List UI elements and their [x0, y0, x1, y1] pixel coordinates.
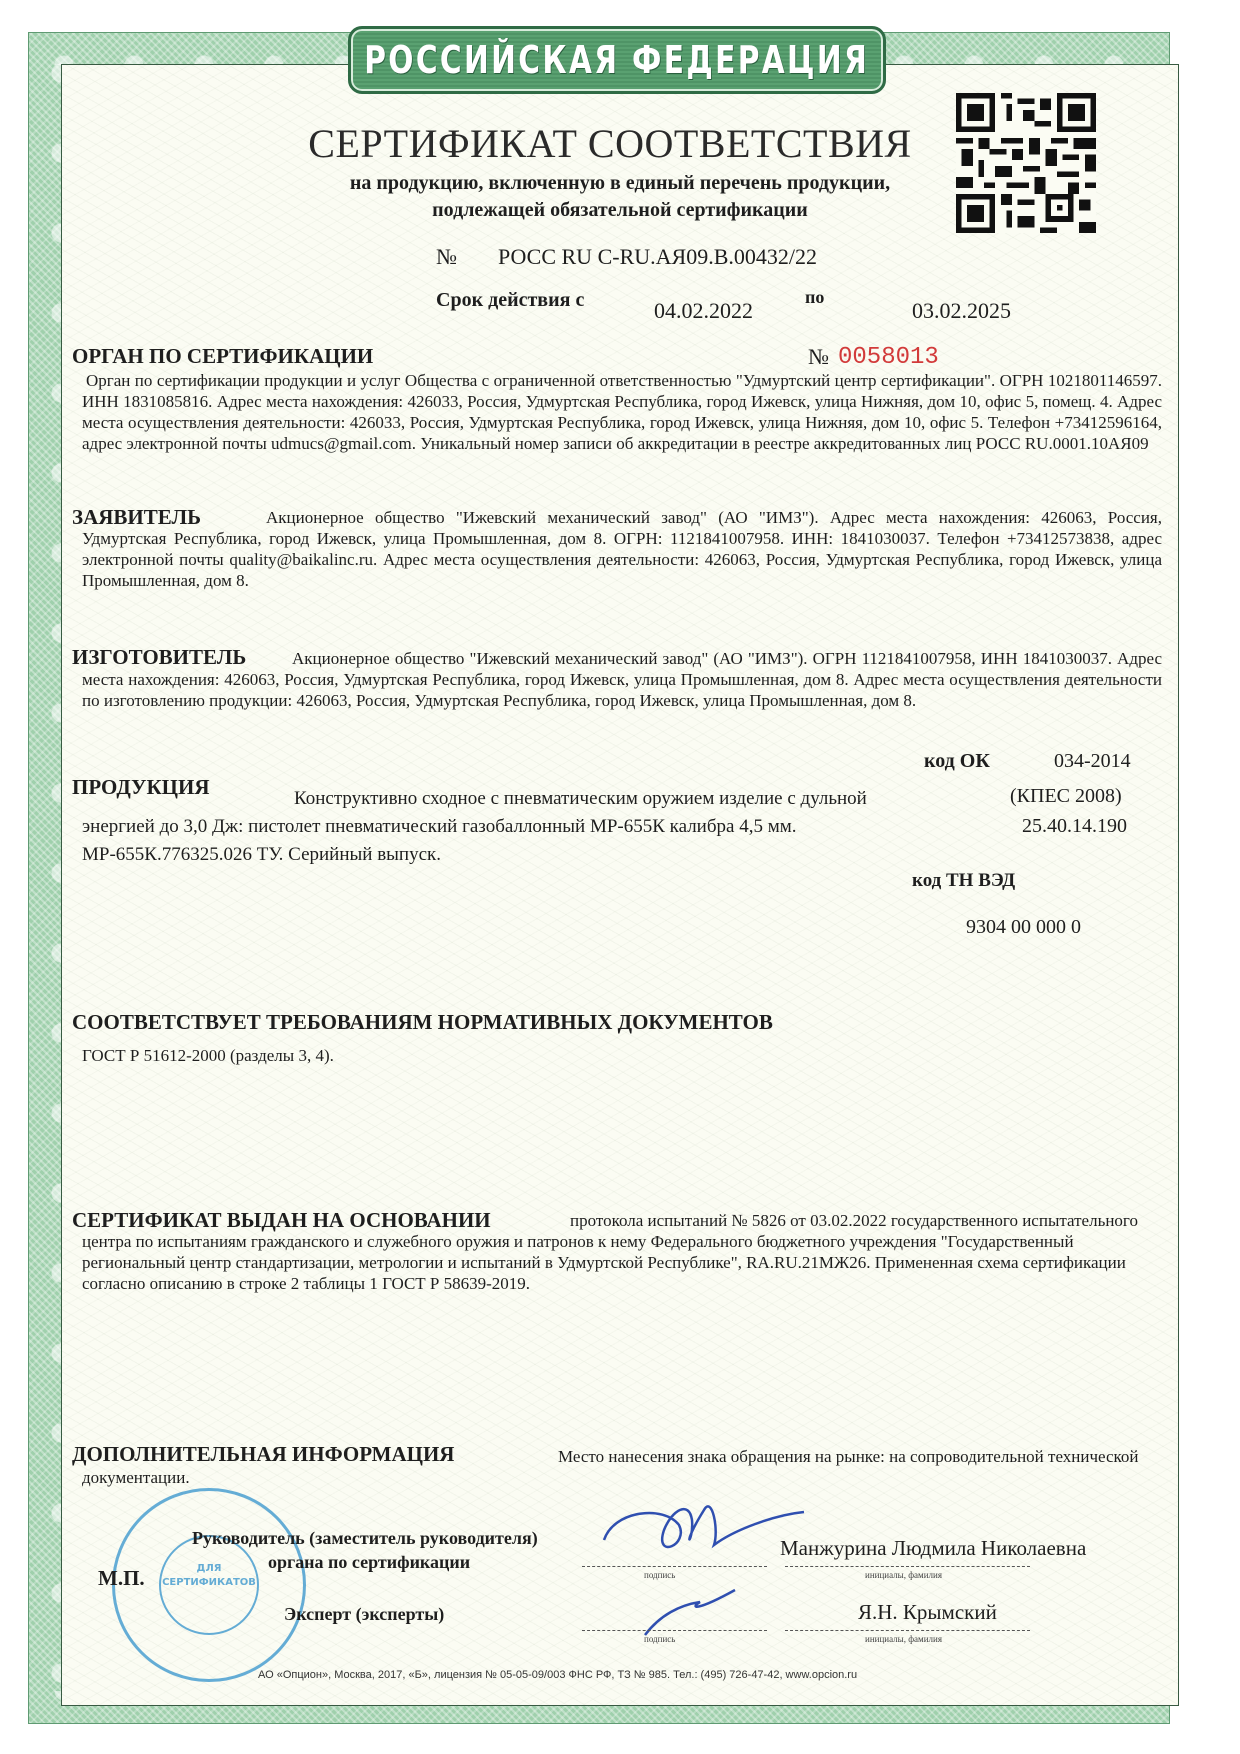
- head-name-line: [785, 1566, 1030, 1567]
- certificate-number-label: №: [436, 244, 457, 270]
- stamp-place-label: М.П.: [98, 1566, 145, 1591]
- certificate-title: СЕРТИФИКАТ СООТВЕТСТВИЯ: [300, 120, 920, 167]
- expert-label: Эксперт (эксперты): [284, 1604, 444, 1625]
- certification-body-heading: ОРГАН ПО СЕРТИФИКАЦИИ: [72, 344, 373, 369]
- valid-from-date: 04.02.2022: [654, 298, 753, 324]
- conformity-heading: СООТВЕТСТВУЕТ ТРЕБОВАНИЯМ НОРМАТИВНЫХ ДО…: [72, 1010, 773, 1035]
- validity-to-label: по: [805, 287, 824, 308]
- head-name: Манжурина Людмила Николаевна: [780, 1536, 1086, 1561]
- certification-body-text: Орган по сертификации продукции и услуг …: [82, 370, 1162, 454]
- head-label-line-2: органа по сертификации: [268, 1552, 470, 1573]
- expert-name: Я.Н. Крымский: [858, 1600, 997, 1625]
- valid-to-date: 03.02.2025: [912, 298, 1011, 324]
- head-label-line-1: Руководитель (заместитель руководителя): [192, 1528, 538, 1549]
- expert-signature: [640, 1580, 760, 1640]
- additional-info-text: Место нанесения знака обращения на рынке…: [82, 1446, 1158, 1488]
- country-banner-text: РОССИЙСКАЯ ФЕДЕРАЦИЯ: [365, 38, 870, 82]
- qr-code-icon: [956, 93, 1096, 233]
- blank-number-label: №: [808, 344, 829, 370]
- blank-serial-number: 0058013: [838, 344, 939, 371]
- head-name-caption: инициалы, фамилия: [865, 1570, 942, 1580]
- certificate-subtitle: на продукцию, включенную в единый перече…: [300, 170, 940, 224]
- validity-label: Срок действия с: [436, 289, 584, 312]
- border-wave-left: [29, 33, 61, 1723]
- tnved-code-label: код ТН ВЭД: [912, 870, 1015, 892]
- country-banner: РОССИЙСКАЯ ФЕДЕРАЦИЯ: [348, 26, 886, 94]
- expert-signature-line: [582, 1630, 767, 1631]
- ok-code-value: 25.40.14.190: [1022, 815, 1127, 838]
- expert-name-line: [785, 1630, 1030, 1631]
- ok-code-standard: 034-2014: [1054, 750, 1131, 773]
- subtitle-line-1: на продукцию, включенную в единый перече…: [300, 170, 940, 197]
- expert-signature-caption: подпись: [644, 1634, 675, 1644]
- basis-text: протокола испытаний № 5826 от 03.02.2022…: [82, 1210, 1158, 1294]
- printer-imprint: АО «Опцион», Москва, 2017, «Б», лицензия…: [258, 1669, 857, 1681]
- product-text: Конструктивно сходное с пневматическим о…: [82, 785, 882, 869]
- subtitle-line-2: подлежащей обязательной сертификации: [300, 197, 940, 224]
- conformity-standard: ГОСТ Р 51612-2000 (разделы 3, 4).: [82, 1046, 334, 1066]
- applicant-text: Акционерное общество "Ижевский механичес…: [82, 507, 1162, 591]
- expert-name-caption: инициалы, фамилия: [865, 1634, 942, 1644]
- head-signature-caption: подпись: [644, 1570, 675, 1580]
- ok-code-label: код ОК: [924, 750, 990, 773]
- manufacturer-text: Акционерное общество "Ижевский механичес…: [82, 648, 1162, 711]
- head-signature-line: [582, 1566, 767, 1567]
- ok-code-classifier: (КПЕС 2008): [1010, 785, 1122, 808]
- certificate-number: РОСС RU C-RU.АЯ09.В.00432/22: [498, 244, 817, 270]
- tnved-code-value: 9304 00 000 0: [966, 916, 1081, 939]
